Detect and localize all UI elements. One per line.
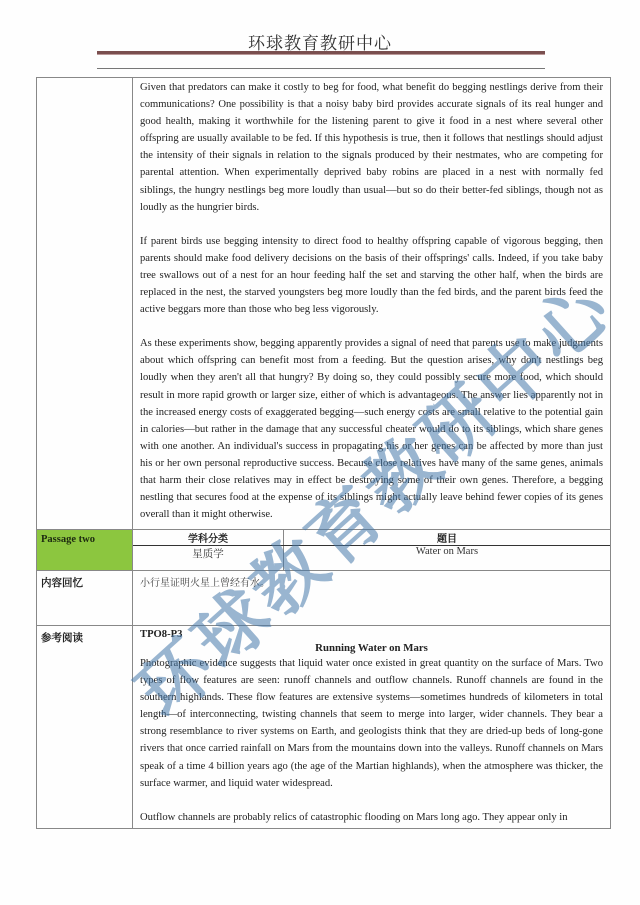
topic-header: 题目 <box>284 530 611 546</box>
reference-row: 参考阅读 TPO8-P3 Running Water on Mars Photo… <box>37 626 611 829</box>
topic-value: Water on Mars <box>284 546 611 571</box>
header-rule-thick <box>97 51 545 55</box>
recall-label: 内容回忆 <box>37 571 132 594</box>
passage-one-paragraph: As these experiments show, begging appar… <box>140 335 603 523</box>
passage-two-row: Passage two 学科分类 题目 星质学 Water on Mars <box>37 530 611 571</box>
passage-two-label: Passage two <box>37 530 132 549</box>
passage-one-label-cell <box>37 78 133 530</box>
reference-source: TPO8-P3 <box>133 626 610 640</box>
passage-one-paragraph: Given that predators can make it costly … <box>140 79 603 216</box>
passage-two-info-cell: 学科分类 题目 星质学 Water on Mars <box>133 530 611 571</box>
passage-two-info-table: 学科分类 题目 星质学 Water on Mars <box>133 530 610 570</box>
reference-paragraph: Photographic evidence suggests that liqu… <box>140 655 603 792</box>
passage-one-row: Given that predators can make it costly … <box>37 78 611 530</box>
reference-label: 参考阅读 <box>37 626 132 649</box>
recall-row: 内容回忆 小行星证明火星上曾经有水。 <box>37 571 611 626</box>
subject-header: 学科分类 <box>133 530 284 546</box>
header-rule-thin <box>97 68 545 69</box>
passage-one-paragraph: If parent birds use begging intensity to… <box>140 233 603 318</box>
reference-paragraph: Outflow channels are probably relics of … <box>140 809 603 826</box>
subject-value: 星质学 <box>133 546 284 571</box>
recall-text: 小行星证明火星上曾经有水。 <box>133 571 610 625</box>
passage-two-label-cell: Passage two <box>37 530 133 571</box>
reference-article-title: Running Water on Mars <box>133 640 610 654</box>
passage-one-text-cell: Given that predators can make it costly … <box>133 78 611 530</box>
passage-table: Given that predators can make it costly … <box>36 77 611 829</box>
